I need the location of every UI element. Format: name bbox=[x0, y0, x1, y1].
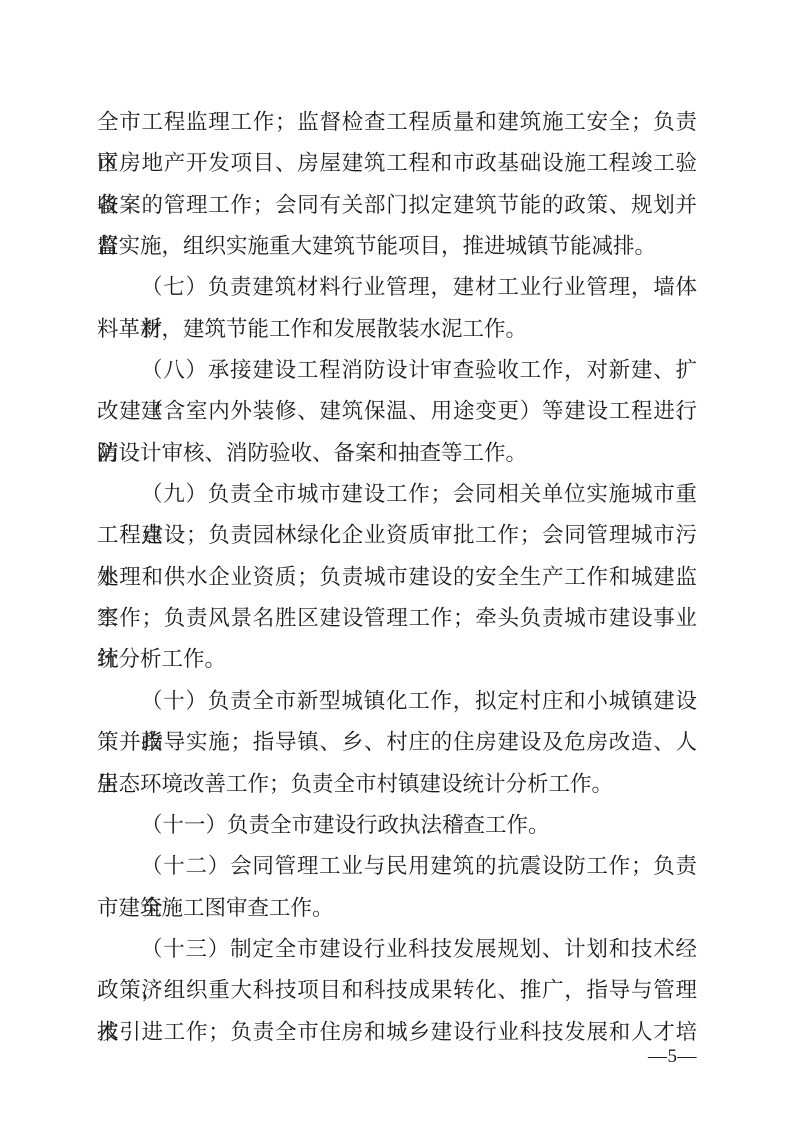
text-line: 防设计审核、消防验收、备案和抽查等工作。 bbox=[97, 433, 697, 474]
text-line: 料革新，建筑节能工作和发展散装水泥工作。 bbox=[97, 309, 697, 350]
text-line: （十二）会同管理工业与民用建筑的抗震设防工作；负责全 bbox=[97, 846, 697, 887]
document-page: 全市工程监理工作；监督检查工程质量和建筑施工安全；负责市区房地产开发项目、房屋建… bbox=[0, 0, 793, 1122]
text-line: （八）承接建设工程消防设计审查验收工作，对新建、扩建、 bbox=[97, 350, 697, 391]
text-line: （十三）制定全市建设行业科技发展规划、计划和技术经济 bbox=[97, 929, 697, 970]
text-line: 策并指导实施；指导镇、乡、村庄的住房建设及危房改造、人居 bbox=[97, 722, 697, 763]
text-line: （十）负责全市新型城镇化工作，拟定村庄和小城镇建设政 bbox=[97, 681, 697, 722]
text-line: （九）负责全市城市建设工作；会同相关单位实施城市重点 bbox=[97, 474, 697, 515]
text-line: 处理和供水企业资质；负责城市建设的安全生产工作和城建监察 bbox=[97, 557, 697, 598]
document-body: 全市工程监理工作；监督检查工程质量和建筑施工安全；负责市区房地产开发项目、房屋建… bbox=[97, 102, 697, 1053]
text-line: （十一）负责全市建设行政执法稽查工作。 bbox=[97, 805, 697, 846]
text-line: 市建筑施工图审查工作。 bbox=[97, 888, 697, 929]
page-number: —5— bbox=[648, 1045, 697, 1069]
text-line: （七）负责建筑材料行业管理，建材工业行业管理，墙体材 bbox=[97, 267, 697, 308]
text-line: 工作；负责风景名胜区建设管理工作；牵头负责城市建设事业统 bbox=[97, 598, 697, 639]
text-line: 计分析工作。 bbox=[97, 639, 697, 680]
text-line: 改建（含室内外装修、建筑保温、用途变更）等建设工程进行消 bbox=[97, 391, 697, 432]
text-line: 全市工程监理工作；监督检查工程质量和建筑施工安全；负责市 bbox=[97, 102, 697, 143]
text-line: 术引进工作；负责全市住房和城乡建设行业科技发展和人才培 bbox=[97, 1012, 697, 1053]
text-line: 生态环境改善工作；负责全市村镇建设统计分析工作。 bbox=[97, 764, 697, 805]
text-line: 区房地产开发项目、房屋建筑工程和市政基础设施工程竣工验收 bbox=[97, 143, 697, 184]
text-line: 备案的管理工作；会同有关部门拟定建筑节能的政策、规划并监 bbox=[97, 185, 697, 226]
text-line: 工程建设；负责园林绿化企业资质审批工作；会同管理城市污水 bbox=[97, 515, 697, 556]
text-line: 政策，组织重大科技项目和科技成果转化、推广，指导与管理技 bbox=[97, 970, 697, 1011]
text-line: 督实施，组织实施重大建筑节能项目，推进城镇节能减排。 bbox=[97, 226, 697, 267]
